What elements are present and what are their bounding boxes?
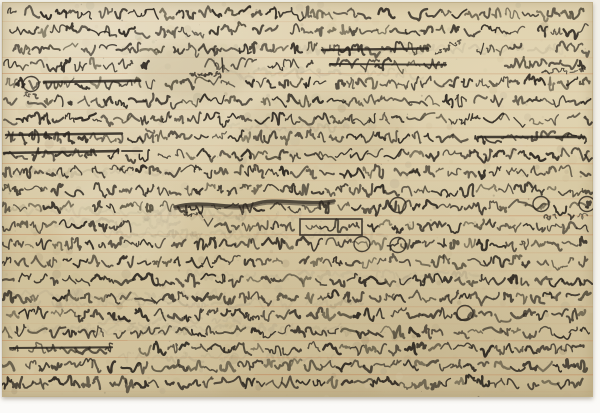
photograph: Photograph of a manuscript page densely … <box>0 0 600 413</box>
handwriting-ink-layer <box>0 0 600 413</box>
